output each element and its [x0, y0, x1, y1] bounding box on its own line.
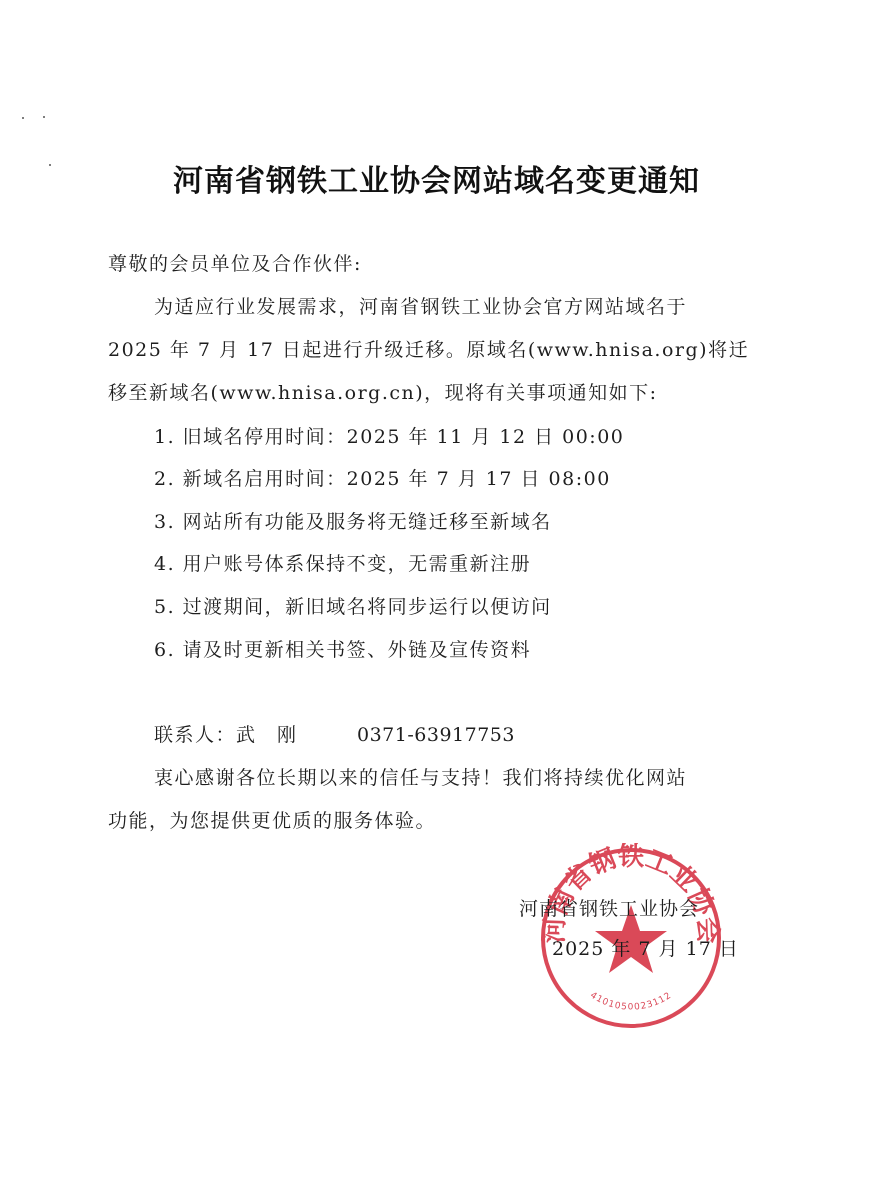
list-item: 2. 新域名启用时间：2025 年 7 月 17 日 08:00 [154, 466, 611, 492]
scan-speck [43, 116, 45, 118]
list-item: 3. 网站所有功能及服务将无缝迁移至新域名 [154, 509, 552, 535]
list-item: 6. 请及时更新相关书签、外链及宣传资料 [154, 637, 531, 663]
list-item: 4. 用户账号体系保持不变，无需重新注册 [154, 551, 531, 577]
scan-speck [22, 117, 24, 119]
salutation: 尊敬的会员单位及合作伙伴: [108, 251, 362, 277]
intro-line-3: 移至新域名(www.hnisa.org.cn)，现将有关事项通知如下: [108, 380, 658, 406]
closing-line-1: 衷心感谢各位长期以来的信任与支持！我们将持续优化网站 [154, 765, 687, 791]
intro-line-1: 为适应行业发展需求，河南省钢铁工业协会官方网站域名于 [154, 294, 687, 320]
signature-date: 2025 年 7 月 17 日 [552, 934, 739, 961]
list-item: 5. 过渡期间，新旧域名将同步运行以便访问 [154, 594, 552, 620]
closing-line-2: 功能，为您提供更优质的服务体验。 [108, 808, 436, 834]
document-title: 河南省钢铁工业协会网站域名变更通知 [0, 156, 873, 200]
notice-document: 河南省钢铁工业协会网站域名变更通知 尊敬的会员单位及合作伙伴: 为适应行业发展需… [0, 0, 873, 1200]
contact-person: 联系人：武 刚 [154, 722, 298, 748]
intro-line-2: 2025 年 7 月 17 日起进行升级迁移。原域名(www.hnisa.org… [108, 337, 749, 363]
svg-text:4101050023112: 4101050023112 [588, 991, 674, 1013]
signature-organization: 河南省钢铁工业协会 [519, 894, 699, 921]
list-item: 1. 旧域名停用时间：2025 年 11 月 12 日 00:00 [154, 424, 624, 450]
contact-phone: 0371-63917753 [357, 722, 515, 748]
